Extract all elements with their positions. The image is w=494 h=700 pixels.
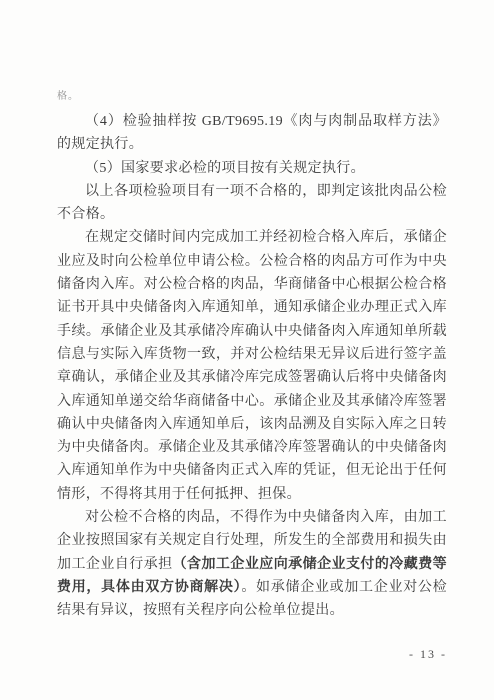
paragraph-item-5: （5）国家要求必检的项目按有关规定执行。 bbox=[57, 157, 447, 180]
paragraph-fail-rule: 以上各项检验项目有一项不合格的，即判定该批肉品公检不合格。 bbox=[57, 180, 447, 227]
body-text: （4）检验抽样按 GB/T9695.19《肉与肉制品取样方法》的规定执行。 （5… bbox=[57, 110, 447, 623]
continuation-fragment: 格。 bbox=[57, 91, 79, 103]
paragraph-fail-handling: 对公检不合格的肉品，不得作为中央储备肉入库，由加工企业按照国家有关规定自行处理，… bbox=[57, 506, 447, 622]
paragraph-item-4: （4）检验抽样按 GB/T9695.19《肉与肉制品取样方法》的规定执行。 bbox=[57, 110, 447, 157]
paragraph-storage-procedure: 在规定交储时间内完成加工并经初检合格入库后，承储企业应及时向公检单位申请公检。公… bbox=[57, 226, 447, 506]
page-number: - 13 - bbox=[409, 647, 447, 662]
document-page: 格。 （4）检验抽样按 GB/T9695.19《肉与肉制品取样方法》的规定执行。… bbox=[0, 0, 494, 700]
